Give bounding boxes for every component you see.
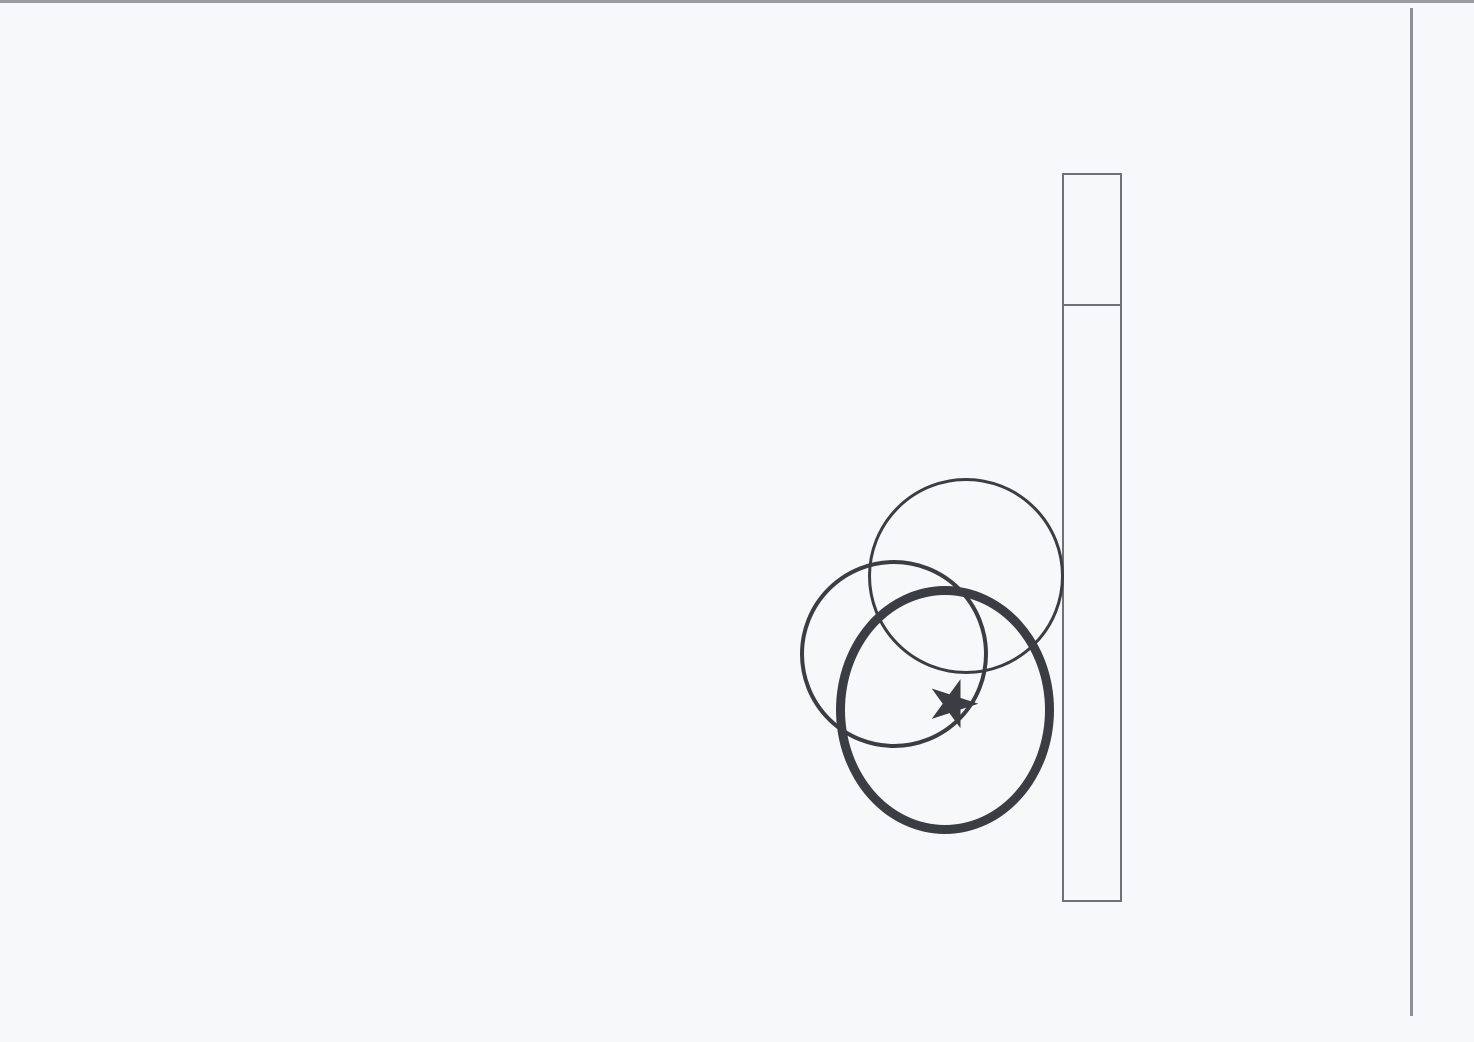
gray-company-stamp — [868, 478, 1064, 674]
red-inspection-stamp: ★ — [836, 586, 1054, 834]
report-page: ★ — [0, 0, 1474, 1042]
pink-qa-stamp — [800, 560, 988, 748]
stamp-star-icon: ★ — [921, 675, 985, 732]
basis-row — [1063, 174, 1121, 901]
basis-value — [1063, 305, 1121, 901]
basis-label — [1063, 174, 1121, 305]
sample-info-table — [1062, 173, 1122, 902]
scanned-document-frame: ★ — [0, 0, 1474, 1042]
